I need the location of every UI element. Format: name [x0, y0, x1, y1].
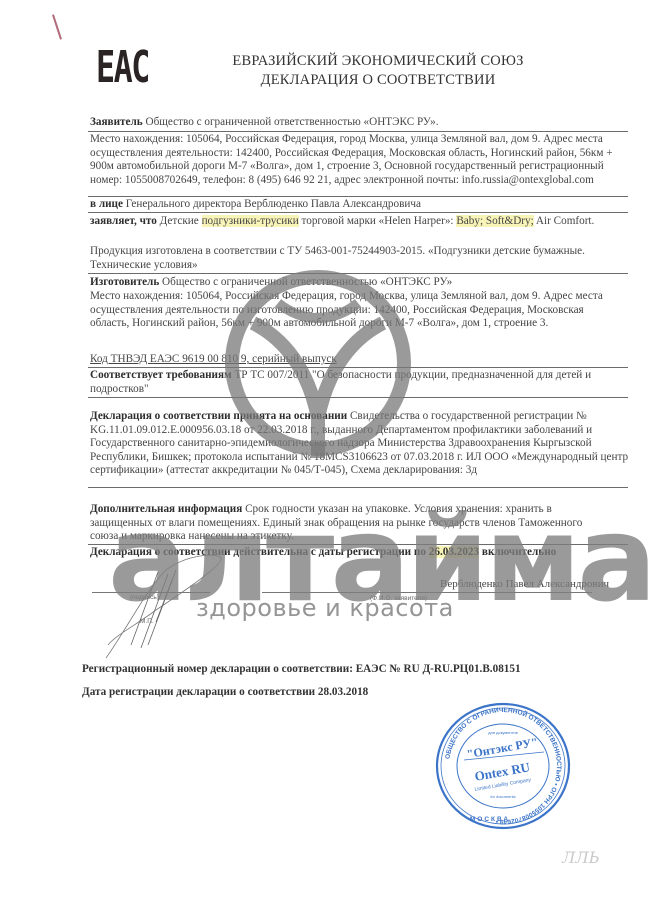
divider [88, 367, 628, 368]
divider [88, 212, 628, 213]
handwritten-page-mark: ЛЛЬ [562, 848, 599, 867]
basis-row: Декларация о соответствии принята на осн… [90, 410, 630, 478]
company-seal: ОБЩЕСТВО С ОГРАНИЧЕННОЙ ОТВЕТСТВЕННОСТЬЮ… [432, 700, 574, 832]
title-union: ЕВРАЗИЙСКИЙ ЭКОНОМИЧЕСКИЙ СОЮЗ [228, 52, 528, 71]
declaration-page: ЕАС ЕВРАЗИЙСКИЙ ЭКОНОМИЧЕСКИЙ СОЮЗ ДЕКЛА… [0, 0, 654, 900]
signature-scribble [96, 550, 246, 660]
product-text: Детские [160, 215, 199, 227]
name-caption: (Ф.И.О. заявителя) [370, 595, 427, 602]
divider [88, 196, 628, 197]
registration-date-row: Дата регистрации декларации о соответств… [82, 686, 368, 698]
registration-number-row: Регистрационный номер декларации о соотв… [82, 663, 521, 675]
signer-name: Верблюденко Павел Александрович [440, 578, 640, 592]
registration-number: ЕАЭС № RU Д-RU.РЦ01.В.08151 [356, 663, 521, 675]
manufacturer-label: Изготовитель [90, 276, 159, 288]
name-line [262, 592, 592, 593]
divider [88, 544, 628, 545]
product-brand: торговой марки «Helen Harper»: [301, 215, 453, 227]
registration-number-label: Регистрационный номер декларации о соотв… [82, 663, 353, 675]
representative-value: Генерального директора Верблюденко Павла… [126, 198, 421, 210]
svg-text:for documents: for documents [490, 794, 515, 799]
additional-row: Дополнительная информация Срок годности … [90, 503, 610, 544]
manufacturer-value: Общество с ограниченной ответственностью… [162, 276, 452, 288]
divider [88, 487, 628, 488]
document-title: ЕВРАЗИЙСКИЙ ЭКОНОМИЧЕСКИЙ СОЮЗ ДЕКЛАРАЦИ… [228, 52, 528, 90]
registration-date-label: Дата регистрации декларации о соответств… [82, 686, 315, 698]
tnved-code: Код ТНВЭД ЕАЭС 9619 00 810 9, серийный в… [90, 353, 630, 367]
product-type-highlight: подгузники-трусики [202, 215, 299, 227]
pen-mark [52, 14, 62, 39]
validity-by: по [414, 546, 426, 558]
svg-text:МОСКВА: МОСКВА [470, 816, 510, 823]
divider [88, 397, 628, 398]
compliance-label: Соответствует требованиям [90, 369, 232, 381]
basis-label: Декларация о соответствии принята на осн… [90, 410, 347, 422]
representative-row: в лице Генерального директора Верблюденк… [90, 198, 630, 212]
applicant-label: Заявитель [90, 116, 143, 128]
validity-inclusive: включительно [482, 546, 556, 558]
compliance-row: Соответствует требованиям ТР ТС 007/2011… [90, 369, 630, 396]
validity-date: 26.03.2023 [429, 546, 479, 558]
declares-label: заявляет, что [90, 215, 157, 227]
applicant-row: Заявитель Общество с ограниченной ответс… [90, 116, 630, 130]
svg-text:"Онтэкс РУ": "Онтэкс РУ" [466, 735, 539, 761]
representative-label: в лице [90, 198, 123, 210]
eac-logo: ЕАС [96, 46, 149, 90]
registration-date: 28.03.2018 [318, 686, 368, 698]
declares-row: заявляет, что Детские подгузники-трусики… [90, 215, 630, 229]
divider [88, 273, 628, 274]
divider [88, 131, 628, 132]
manufacturer-row: Изготовитель Общество с ограниченной отв… [90, 276, 630, 290]
produced-according: Продукция изготовлена в соответствии с Т… [90, 245, 630, 272]
svg-text:для документов: для документов [488, 730, 518, 735]
applicant-address: Место нахождения: 105064, Российская Фед… [90, 133, 625, 187]
manufacturer-address: Место нахождения: 105064, Российская Фед… [90, 290, 610, 331]
product-lines-highlight: Baby; Soft&Dry; [456, 215, 533, 227]
applicant-value: Общество с ограниченной ответственностью… [146, 116, 439, 128]
title-declaration: ДЕКЛАРАЦИЯ О СООТВЕТСТВИИ [228, 71, 528, 90]
product-line-last: Air Comfort. [536, 215, 594, 227]
additional-label: Дополнительная информация [90, 503, 242, 515]
